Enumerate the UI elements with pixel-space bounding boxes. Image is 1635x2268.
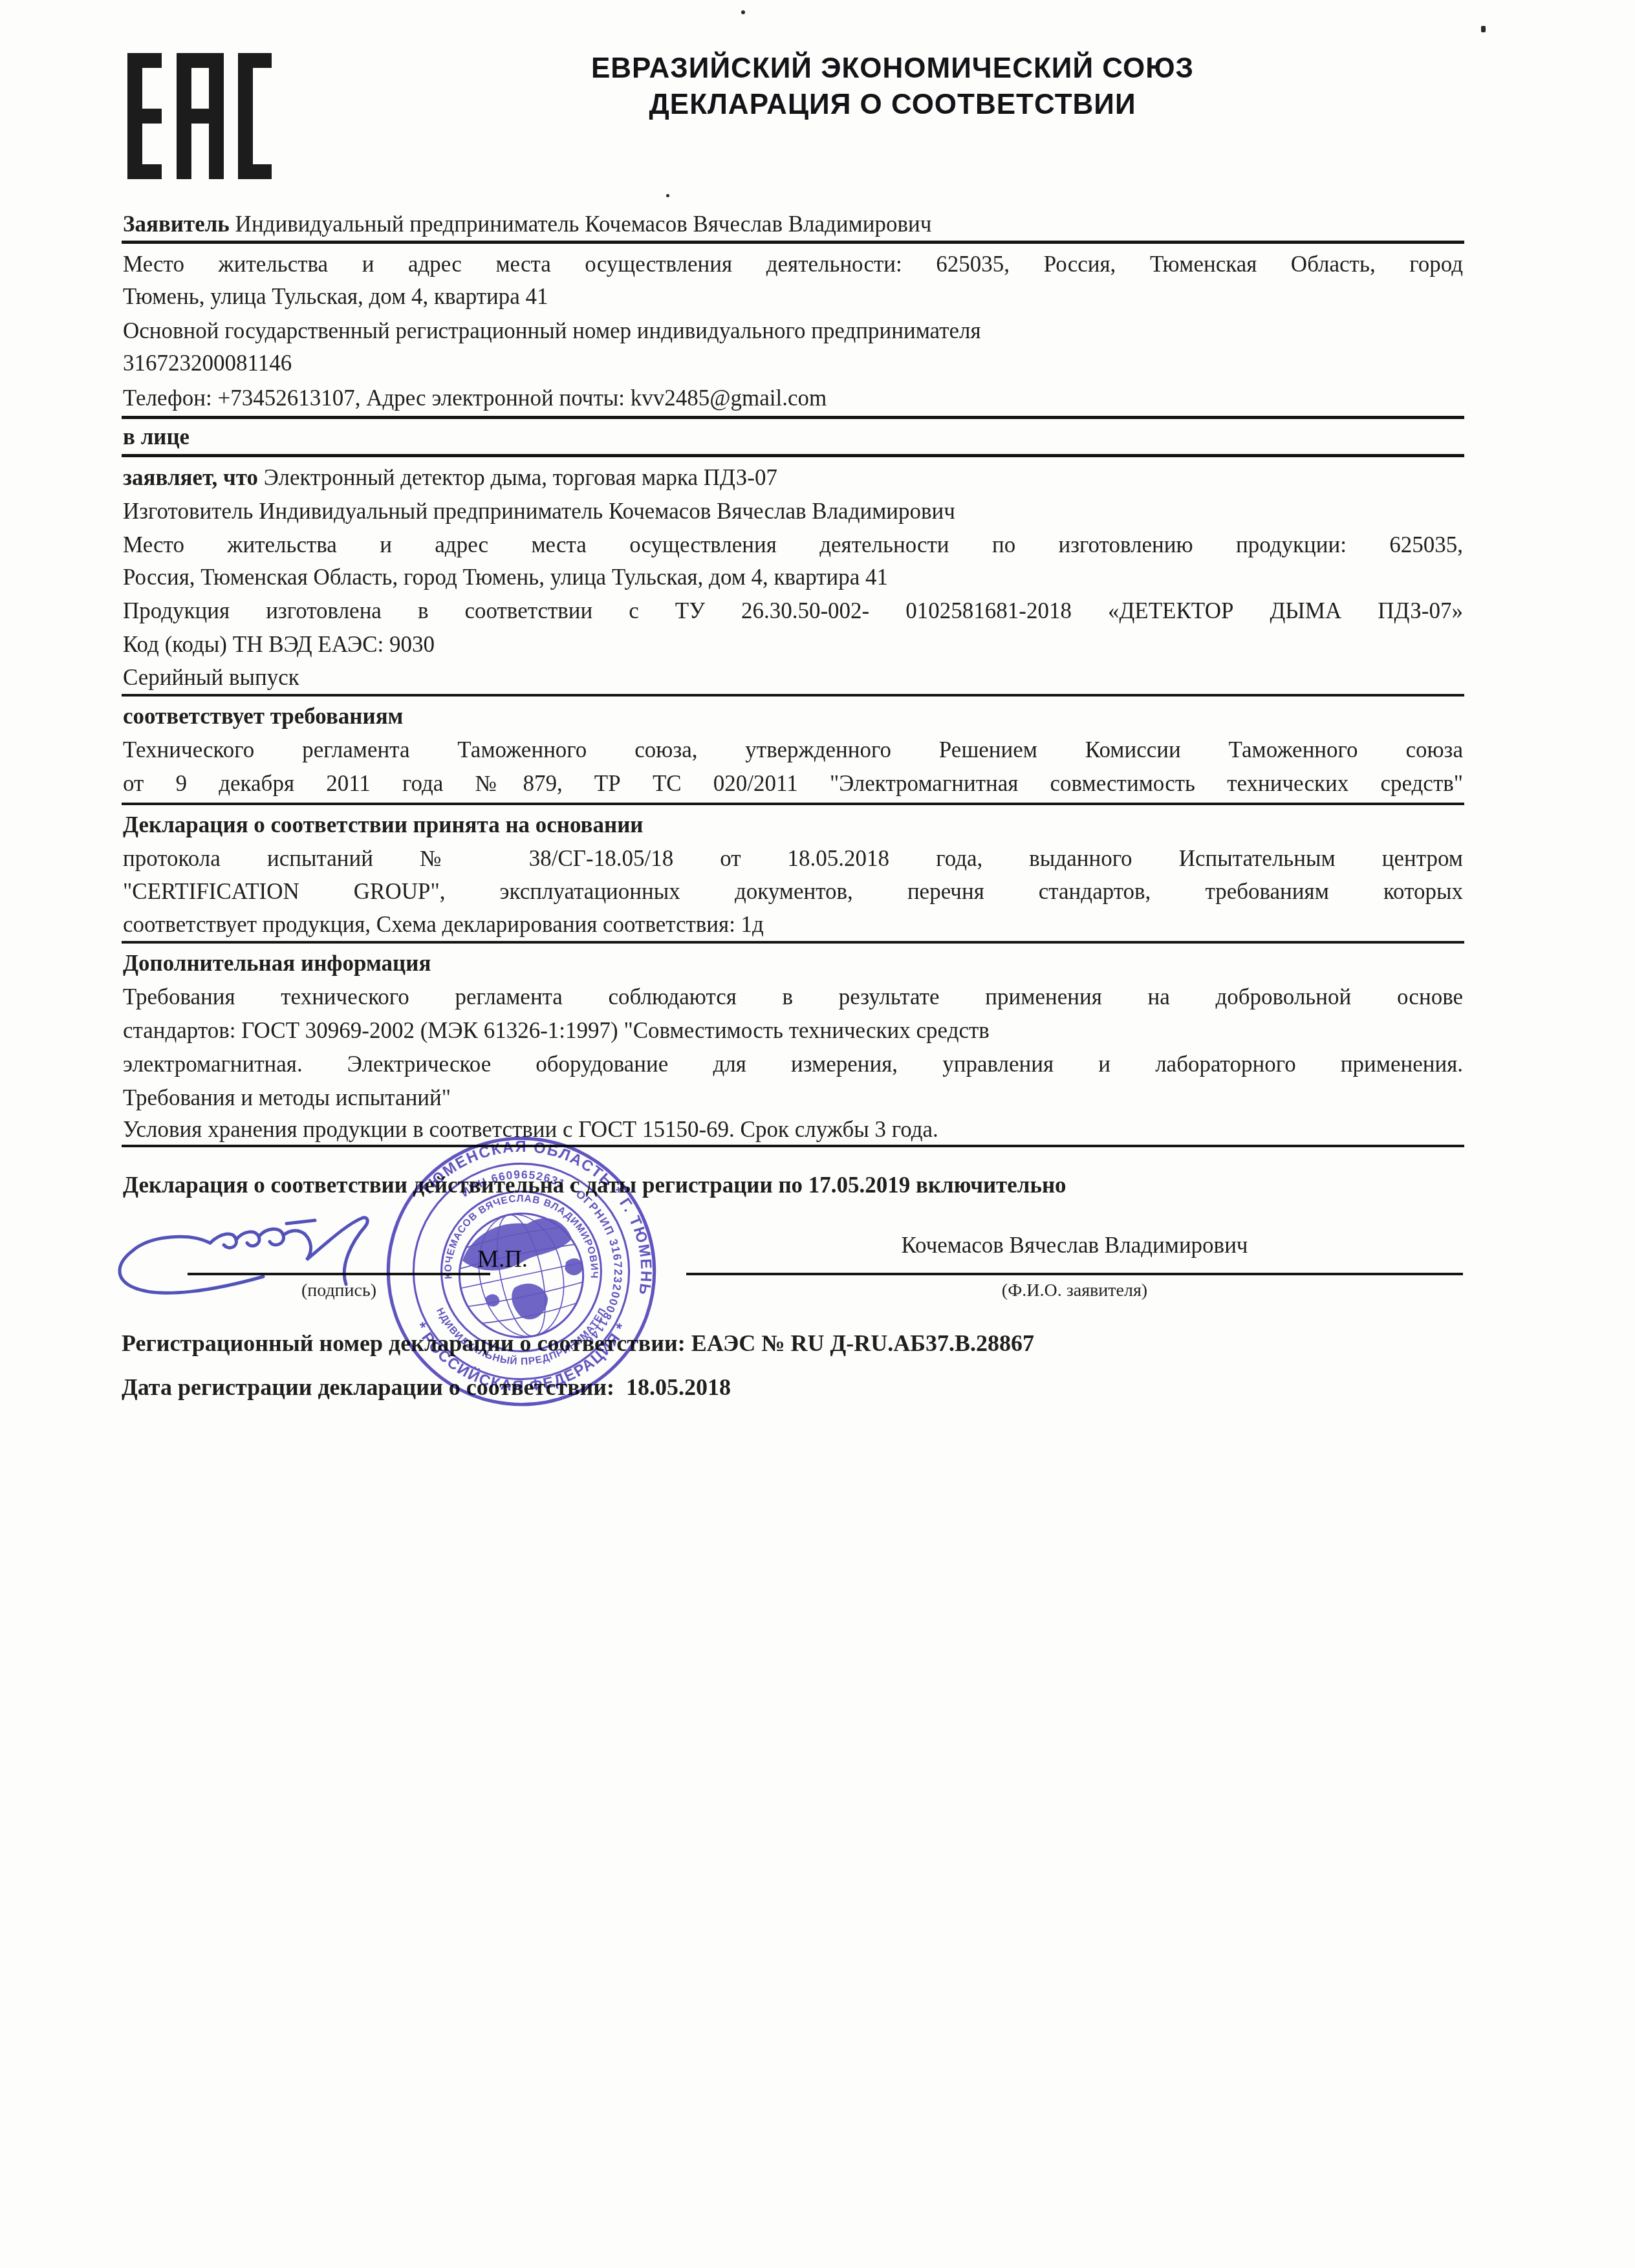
title-line-2: ДЕКЛАРАЦИЯ О СООТВЕТСТВИИ bbox=[492, 87, 1294, 123]
basis-line-1: протокола испытаний № 38/СГ-18.05/18 от … bbox=[123, 843, 1463, 875]
complies-label: соответствует требованиям bbox=[123, 700, 1463, 733]
basis-line-3: соответствует продукция, Схема деклариро… bbox=[123, 909, 1463, 941]
divider bbox=[122, 454, 1464, 457]
scan-speck bbox=[1481, 26, 1486, 32]
mfg-address-line-2: Россия, Тюменская Область, город Тюмень,… bbox=[123, 561, 1463, 594]
divider bbox=[122, 941, 1464, 944]
address-line-2: Тюмень, улица Тульская, дом 4, квартира … bbox=[123, 281, 1463, 313]
divider bbox=[122, 803, 1464, 805]
ogrn-line-2: 316723200081146 bbox=[123, 347, 1463, 380]
divider bbox=[122, 1145, 1464, 1147]
addinfo-line-1: Требования технического регламента соблю… bbox=[123, 980, 1463, 1014]
validity-line: Декларация о соответствии действительна … bbox=[123, 1169, 1463, 1202]
registration-number-line: Регистрационный номер декларации о соотв… bbox=[122, 1328, 1480, 1358]
phone-line: Телефон: +73452613107, Адрес электронной… bbox=[123, 382, 1463, 415]
title-line-1: ЕВРАЗИЙСКИЙ ЭКОНОМИЧЕСКИЙ СОЮЗ bbox=[492, 50, 1294, 87]
scan-speck bbox=[741, 10, 745, 14]
applicant-value: Индивидуальный предприниматель Кочемасов… bbox=[230, 211, 931, 237]
divider bbox=[122, 241, 1464, 244]
storage-line: Условия хранения продукции в соответстви… bbox=[123, 1114, 1463, 1146]
divider bbox=[122, 416, 1464, 419]
registration-date-line: Дата регистрации декларации о соответств… bbox=[122, 1372, 1480, 1402]
basis-label: Декларация о соответствии принята на осн… bbox=[123, 809, 1463, 841]
scan-speck bbox=[666, 194, 669, 197]
declaration-document: ЕВРАЗИЙСКИЙ ЭКОНОМИЧЕСКИЙ СОЮЗ ДЕКЛАРАЦИ… bbox=[0, 0, 1635, 2268]
addinfo-line-2: стандартов: ГОСТ 30969-2002 (МЭК 61326-1… bbox=[123, 1014, 1463, 1048]
address-line-1: Место жительства и адрес места осуществл… bbox=[123, 248, 1463, 281]
declarant-name: Кочемасов Вячеслав Владимирович bbox=[686, 1233, 1463, 1258]
declarant-name-line bbox=[686, 1273, 1463, 1275]
in-person-label: в лице bbox=[123, 421, 1463, 453]
mfg-address-line-1: Место жительства и адрес места осуществл… bbox=[123, 529, 1463, 561]
eac-logo-icon bbox=[127, 53, 272, 179]
ogrn-line-1: Основной государственный регистрационный… bbox=[123, 315, 1463, 347]
basis-line-2: "CERTIFICATION GROUP", эксплуатационных … bbox=[123, 876, 1463, 908]
complies-line-1: Технического регламента Таможенного союз… bbox=[123, 733, 1463, 767]
applicant-line: Заявитель Индивидуальный предприниматель… bbox=[123, 208, 1463, 241]
tu-line: Продукция изготовлена в соответствии с Т… bbox=[123, 595, 1463, 627]
document-title: ЕВРАЗИЙСКИЙ ЭКОНОМИЧЕСКИЙ СОЮЗ ДЕКЛАРАЦИ… bbox=[492, 50, 1294, 123]
declares-label: заявляет, что bbox=[123, 465, 258, 490]
declarant-name-caption: (Ф.И.О. заявителя) bbox=[686, 1280, 1463, 1301]
handwritten-signature bbox=[113, 1204, 475, 1308]
manufacturer-line: Изготовитель Индивидуальный предпринимат… bbox=[123, 495, 1463, 528]
tnved-line: Код (коды) ТН ВЭД ЕАЭС: 9030 bbox=[123, 629, 1463, 661]
addinfo-line-4: Требования и методы испытаний" bbox=[123, 1081, 1463, 1115]
addinfo-label: Дополнительная информация bbox=[123, 947, 1463, 980]
applicant-label: Заявитель bbox=[123, 211, 230, 237]
addinfo-line-3: электромагнитная. Электрическое оборудов… bbox=[123, 1048, 1463, 1081]
divider bbox=[122, 694, 1464, 697]
complies-line-2: от 9 декабря 2011 года №879, ТР ТС 020/2… bbox=[123, 767, 1463, 801]
serial-line: Серийный выпуск bbox=[123, 662, 1463, 694]
declares-line: заявляет, что Электронный детектор дыма,… bbox=[123, 462, 1463, 494]
declares-value: Электронный детектор дыма, торговая марк… bbox=[258, 465, 777, 490]
